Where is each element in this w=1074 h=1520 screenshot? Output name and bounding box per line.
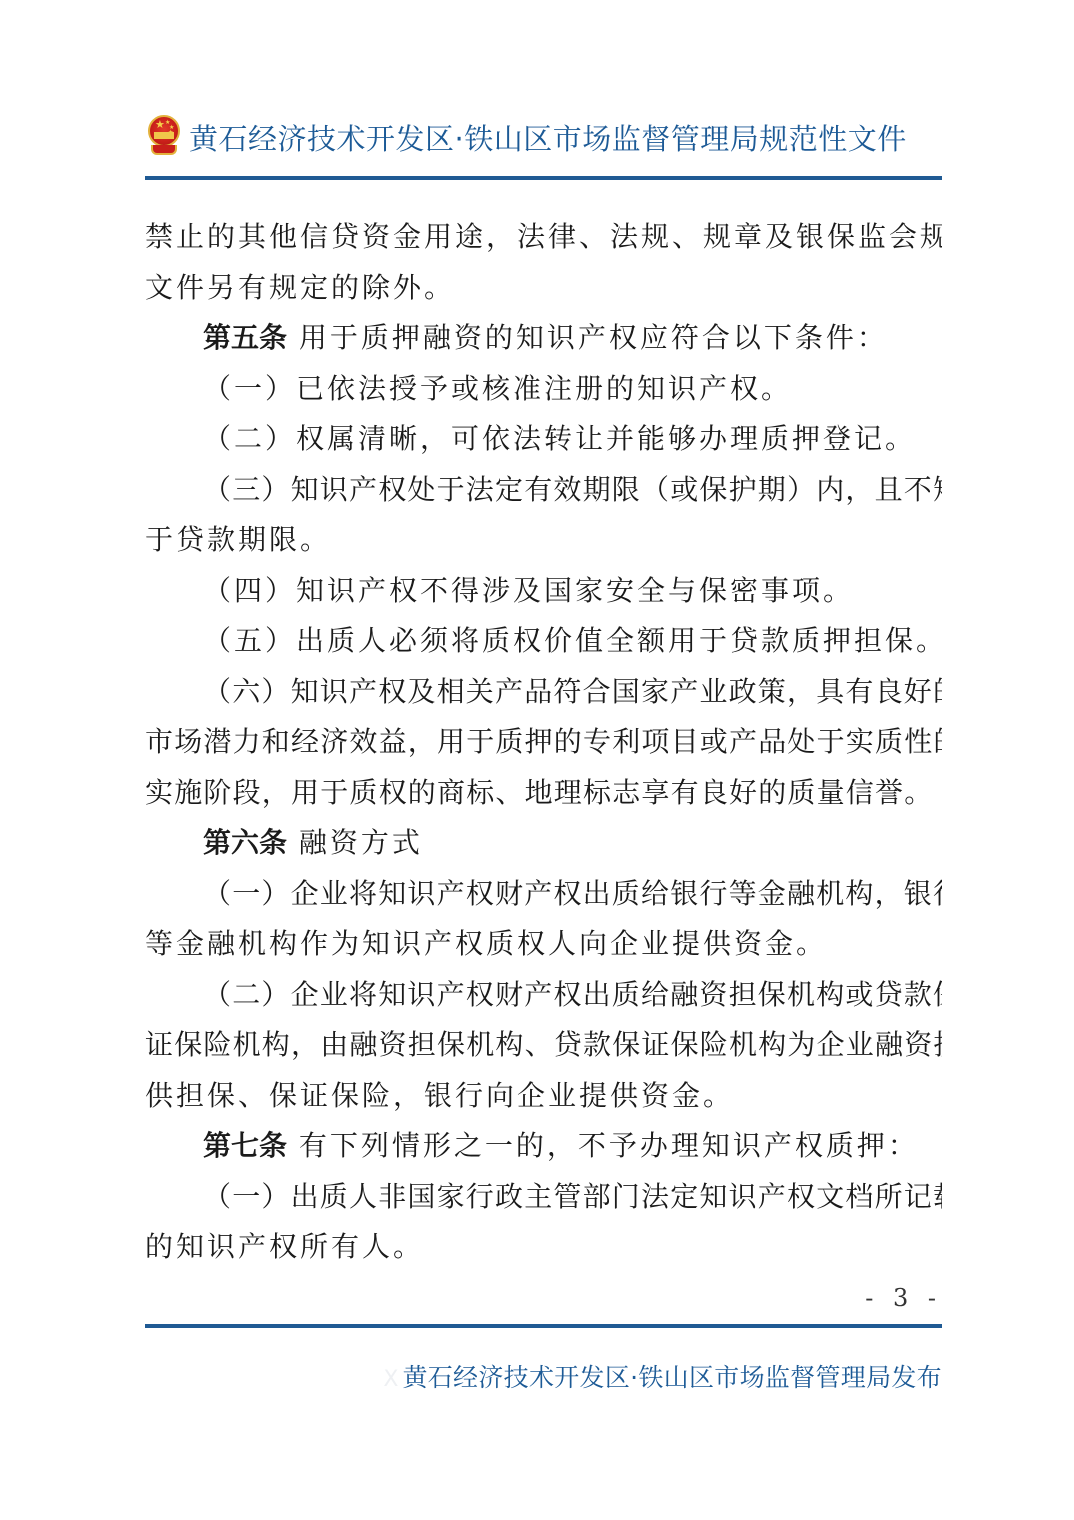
footer-title: 黄石经济技术开发区·铁山区市场监督管理局发布 — [402, 1363, 942, 1392]
national-emblem-icon: ★ ★ ★ ★ — [145, 115, 183, 159]
clause-item: （一）已依法授予或核准注册的知识产权。 — [145, 364, 942, 415]
header-divider — [145, 176, 942, 180]
clause-item: （一）企业将知识产权财产权出质给银行等金融机构，银行 — [145, 869, 942, 920]
article-label: 第五条 — [203, 321, 287, 354]
clause-item: （四）知识产权不得涉及国家安全与保密事项。 — [145, 566, 942, 617]
body-line: 实施阶段，用于质权的商标、地理标志享有良好的质量信誉。 — [145, 768, 942, 819]
body-line: 证保险机构，由融资担保机构、贷款保证保险机构为企业融资提 — [145, 1020, 942, 1071]
clause-item: （二）权属清晰，可依法转让并能够办理质押登记。 — [145, 414, 942, 465]
header-title: 黄石经济技术开发区·铁山区市场监督管理局规范性文件 — [189, 117, 907, 158]
article-label: 第六条 — [203, 826, 287, 859]
article-label: 第七条 — [203, 1129, 287, 1162]
body-line: 的知识产权所有人。 — [145, 1222, 942, 1273]
clause-item: （二）企业将知识产权财产权出质给融资担保机构或贷款保 — [145, 970, 942, 1021]
clause-item: （五）出质人必须将质权价值全额用于贷款质押担保。 — [145, 616, 942, 667]
article-7-heading: 第七条 有下列情形之一的，不予办理知识产权质押： — [145, 1121, 942, 1172]
clause-item: （六）知识产权及相关产品符合国家产业政策，具有良好的 — [145, 667, 942, 718]
body-line: 于贷款期限。 — [145, 515, 942, 566]
clause-item: （三）知识产权处于法定有效期限（或保护期）内，且不短 — [145, 465, 942, 516]
body-line: 禁止的其他信贷资金用途，法律、法规、规章及银保监会规范性 — [145, 212, 942, 263]
document-header: ★ ★ ★ ★ 黄石经济技术开发区·铁山区市场监督管理局规范性文件 — [145, 112, 942, 162]
body-line: 等金融机构作为知识产权质权人向企业提供资金。 — [145, 919, 942, 970]
footer-divider — [145, 1324, 942, 1328]
article-6-heading: 第六条 融资方式 — [145, 818, 942, 869]
body-line: 供担保、保证保险，银行向企业提供资金。 — [145, 1071, 942, 1122]
document-body: 禁止的其他信贷资金用途，法律、法规、规章及银保监会规范性 文件另有规定的除外。 … — [145, 212, 942, 1273]
body-line: 市场潜力和经济效益，用于质押的专利项目或产品处于实质性的 — [145, 717, 942, 768]
clause-item: （一）出质人非国家行政主管部门法定知识产权文档所记载 — [145, 1172, 942, 1223]
scan-artifact: X — [383, 1367, 398, 1392]
document-footer: X黄石经济技术开发区·铁山区市场监督管理局发布 — [360, 1358, 942, 1394]
page-number: - 3 - — [865, 1284, 942, 1312]
article-5-heading: 第五条 用于质押融资的知识产权应符合以下条件： — [145, 313, 942, 364]
body-line: 文件另有规定的除外。 — [145, 263, 942, 314]
